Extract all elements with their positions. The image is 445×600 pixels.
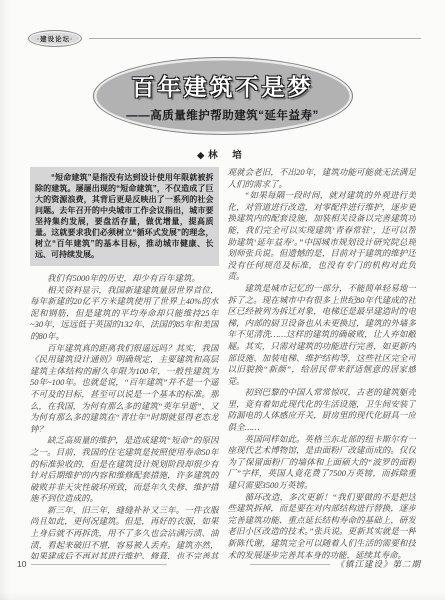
body-paragraph: 循环改造，多次更新！“我们要做的不是把这些建筑拆掉，而是要在对内部结构进行替换，… [228,492,417,559]
footer-rule-left [31,564,167,565]
intro-abstract: “短命建筑”是指没有达到设计使用年限就被拆除的建筑。屡屡出现的“短命建筑”，不仅… [30,167,219,266]
magazine-page: ·建设论坛· 百年建筑不是梦 ——高质量维护帮助建筑“延年益寿” ◆林 培 “短… [0,0,445,600]
title-ellipse: 百年建筑不是梦 ——高质量维护帮助建筑“延年益寿” [93,57,353,135]
body-paragraph: 百年建筑真的距离我们很遥远吗？其实，我国《民用建筑设计通则》明确规定，主要建筑和… [30,343,219,436]
article-title: 百年建筑不是梦 [132,69,314,102]
author-name: 林 培 [208,150,248,161]
body-paragraph: 观就会老旧，不出20年，建筑功能可能就无法满足人们的需求了。 [228,167,417,190]
author-byline: ◆林 培 [0,147,445,161]
left-column: “短命建筑”是指没有达到设计使用年限就被拆除的建筑。屡屡出现的“短命建筑”，不仅… [30,167,219,559]
body-paragraph: 初到巴黎的中国人常常惊叹，古老的建筑躯壳里，竟有着如此现代化的生活设施，卫生间安… [228,387,417,433]
right-column-body: 观就会老旧，不出20年，建筑功能可能就无法满足人们的需求了。 “如果每隔一段时间… [228,167,417,559]
right-column: 观就会老旧，不出20年，建筑功能可能就无法满足人们的需求了。 “如果每隔一段时间… [228,167,417,559]
left-column-body: 我们有5000年的历史，却少有百年建筑。 相关资料显示，我国新建建筑量居世界首位… [30,273,219,559]
body-paragraph: “如果每隔一段时间，就对建筑的外观进行美化，对管道进行改造，对零配件进行维护，逐… [228,190,417,283]
diamond-icon: ◆ [197,150,204,160]
article-columns: “短命建筑”是指没有达到设计使用年限就被拆除的建筑。屡屡出现的“短命建筑”，不仅… [30,167,416,559]
body-paragraph: 新三年，旧三年，缝缝补补又三年。一件衣服尚且如此，更何况建筑。但是，再好的衣服，… [30,505,219,559]
footer-rule-right [250,564,330,565]
body-paragraph: 建筑是城市记忆的一部分，不能简单轻易地一拆了之。现在城市中有很多上世纪80年代建… [228,283,417,387]
body-paragraph: 英国同样如此。英格兰东北部的纽卡斯尔有一座现代艺术博物馆，是由面粉厂改建而成的。… [228,434,417,492]
header-row: ·建设论坛· [28,30,421,47]
journal-issue-label: 《镇江建设》第二期 [335,558,421,570]
section-badge: ·建设论坛· [28,30,82,47]
body-paragraph: 相关资料显示，我国新建建筑量居世界首位，每年新建的20亿平方米建筑使用了世界上4… [30,285,219,343]
body-paragraph: 我们有5000年的历史，却少有百年建筑。 [30,273,219,285]
page-number: 10 [17,559,26,569]
header-rule [89,38,421,39]
article-subtitle: ——高质量维护帮助建筑“延年益寿” [126,107,319,123]
page-footer: 10 《镇江建设》第二期 [17,558,421,570]
body-paragraph: 缺乏高质量的维护，是造成建筑“短命”的原因之一。目前，我国的住宅建筑是按照使用寿… [30,435,219,505]
